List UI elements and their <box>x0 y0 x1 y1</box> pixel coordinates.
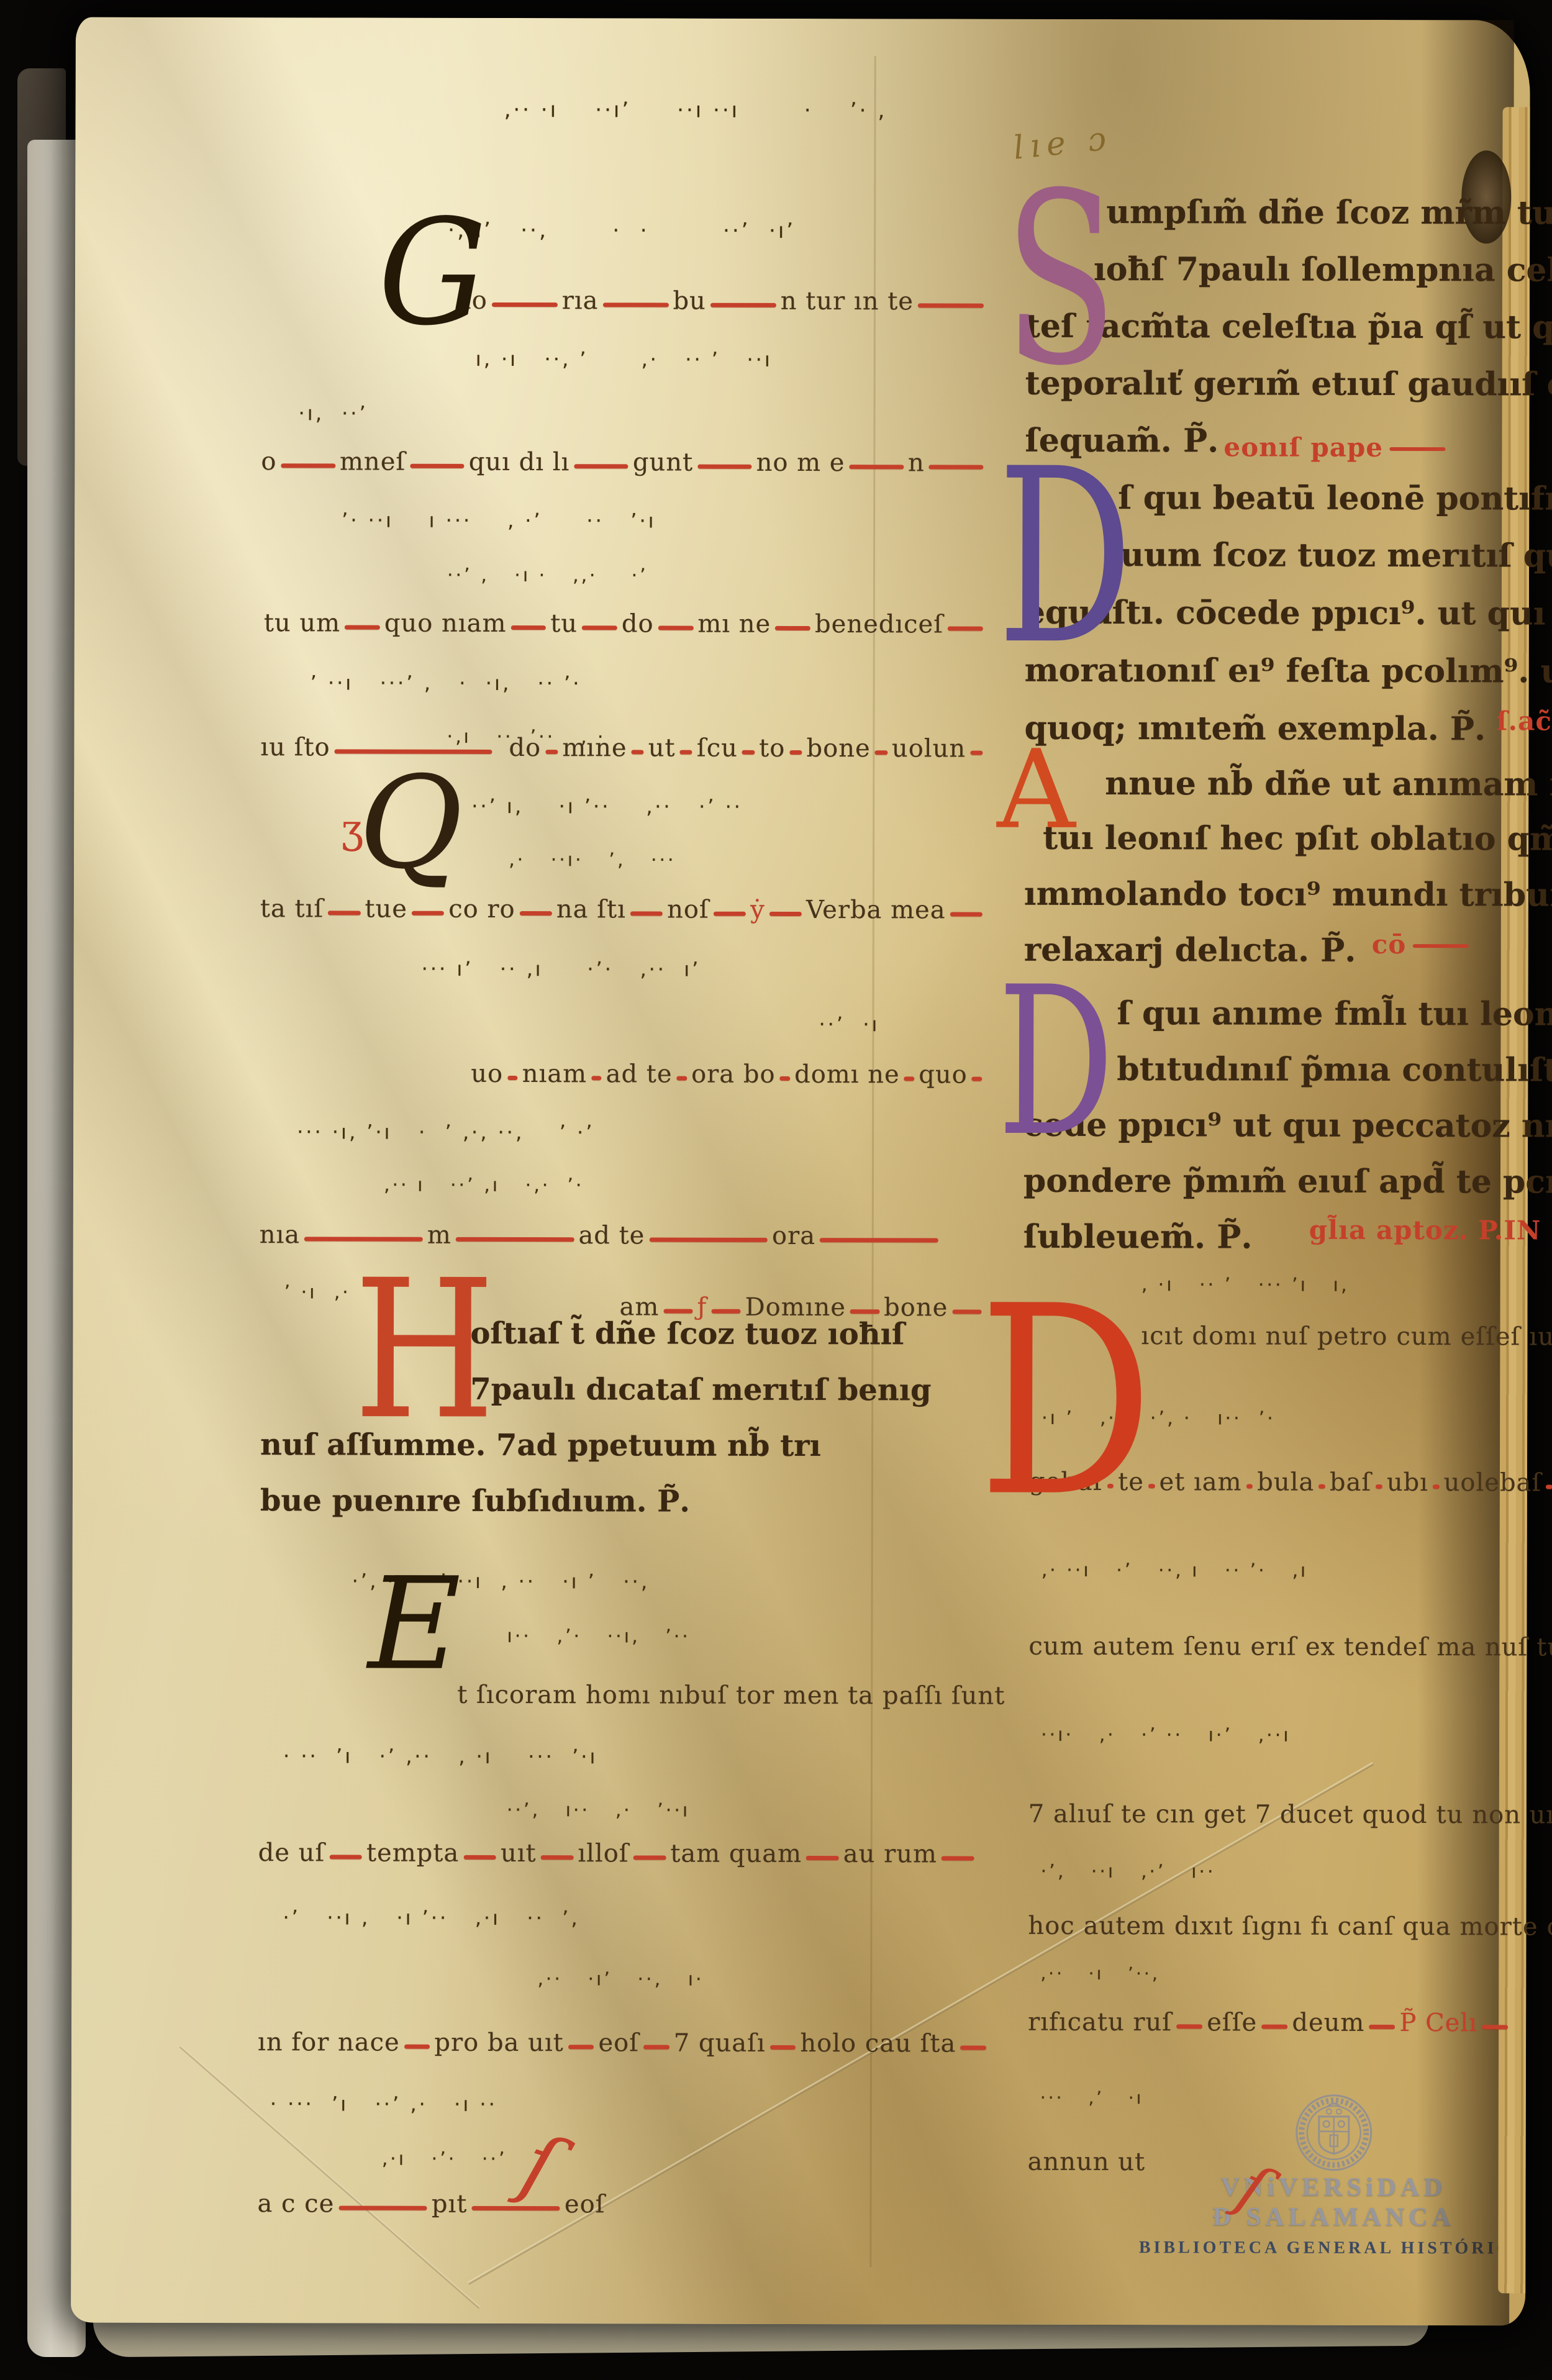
chant-syllable: cum <box>1028 1634 1084 1659</box>
chant-text-line: amƒDomınebone <box>620 1279 986 1320</box>
chant-syllable: uolebaſ <box>1444 1470 1542 1495</box>
staff-filler-line <box>714 912 746 916</box>
chant-syllable: cum <box>1396 1324 1451 1349</box>
chant-syllable: t ſıcoram <box>457 1683 577 1707</box>
chant-syllable: ut <box>648 735 676 760</box>
staff-filler-line <box>412 911 444 915</box>
prayer-text-line: bue puenıre ſubſıdıum. P̃. <box>260 1483 690 1519</box>
staff-filler-line <box>1246 1484 1253 1489</box>
neume-row: ʼ ··ı ···ʼ ‚ · ·ı‚ ·· ʼ· <box>311 671 944 696</box>
neume-row: ‚·· ·ıʼ ··‚ ı· <box>537 1968 960 1991</box>
staff-filler-line <box>970 751 982 755</box>
chant-syllable: tue <box>365 897 407 922</box>
chant-syllable: no m e <box>756 450 845 475</box>
staff-filler-line <box>1433 1484 1440 1489</box>
staff-filler-line <box>663 1309 692 1314</box>
chant-syllable: eſſe <box>1207 2010 1257 2035</box>
chant-syllable: tu um <box>264 611 340 635</box>
chant-syllable: rıfıcatu ruſ <box>1028 2010 1172 2035</box>
parchment-page: lıe ɔ VNiVERSi <box>71 17 1530 2326</box>
staff-filler-line <box>658 626 694 630</box>
chant-syllable: ſenu erıſ <box>1184 1634 1297 1659</box>
prayer-text-line: 7paulı dıcataſ merıtıſ benıg <box>470 1372 931 1408</box>
chant-text-line: t ſıcoramhomı nıbuſtor men tapaſſıſunt <box>457 1668 985 1709</box>
staff-filler-line <box>643 2045 669 2049</box>
chant-syllable: n <box>908 450 925 475</box>
chant-syllable: quo nıam <box>384 611 507 636</box>
staff-filler-line <box>1369 2025 1395 2029</box>
staff-filler-line <box>789 750 802 755</box>
staff-filler-line <box>463 1855 496 1860</box>
chant-text-line: uonıamad teora bodomı nequo <box>471 1047 986 1088</box>
staff-filler-line <box>875 750 887 755</box>
chant-syllable: holo cau ſta <box>800 2031 956 2056</box>
chant-text-line: ıcıtdomı nuſpetrocumeſſeſıunıorcın <box>1141 1309 1551 1349</box>
neume-row: ı·· ‚ʼ· ··ı‚ ʼ·· <box>507 1625 979 1648</box>
chant-syllable: quı dı lı <box>469 450 570 475</box>
chant-syllable: ora <box>772 1224 815 1248</box>
prayer-text-line: quoq; ımıtem̃ exempla. P̃. <box>1024 709 1486 748</box>
chant-text-line: domıneutſcutoboneuolun <box>509 720 987 761</box>
staff-filler-line <box>680 750 692 755</box>
chant-syllable: ubı <box>1387 1470 1428 1495</box>
staff-filler-line <box>410 464 465 468</box>
staff-filler-line <box>1261 2025 1287 2029</box>
neume-row: ··· ·ı‚ ʼ·ı · ʼ ‚·‚ ··‚ ʼ ·ʼ <box>297 1120 968 1145</box>
chant-syllable: ſıgnı fı canſ <box>1242 1914 1394 1939</box>
staff-filler-line <box>632 750 644 754</box>
neume-row: ‚·· ·ı ʼ··‚ <box>1040 1963 1413 1984</box>
chant-syllable: uıt <box>501 1841 537 1866</box>
chant-syllable: tuaſ <box>1536 1635 1552 1660</box>
chant-syllable: ma nuſ <box>1436 1635 1528 1660</box>
staff-filler-line <box>591 1076 602 1080</box>
prayer-text-line: ſ quı beatū leonē pontıfıcem <box>1118 479 1552 518</box>
illuminated-initial: S <box>1004 186 1117 375</box>
chant-syllable: ad te <box>606 1061 673 1086</box>
staff-filler-line <box>511 625 546 630</box>
chant-syllable: tor men ta <box>736 1683 874 1708</box>
chant-syllable: ad te <box>578 1223 645 1248</box>
prayer-text-line: tuum ſcoz tuoz merıtıſ quo <box>1105 536 1552 575</box>
chant-syllable: et ıam <box>1159 1469 1242 1494</box>
staff-filler-line <box>929 465 984 469</box>
chant-syllable: domı ne <box>794 1062 900 1087</box>
chant-syllable: ıunıor <box>1529 1324 1552 1349</box>
chant-text-line: omneſquı dı lıguntno m en <box>261 434 987 475</box>
chant-syllable: n tur ın te <box>781 289 914 314</box>
chant-syllable: eſſeſ <box>1461 1324 1521 1349</box>
staff-filler-line <box>697 465 752 469</box>
chant-syllable: ın for nace <box>258 2030 400 2055</box>
staff-filler-line <box>1318 1484 1325 1489</box>
staff-filler-line <box>918 303 984 307</box>
chant-syllable: tu <box>550 611 578 636</box>
chant-syllable: tu <box>1436 1802 1463 1827</box>
staff-filler-line <box>952 1310 981 1314</box>
prayer-text-line: ımmolando tocı⁹ mundı trıbuıſtı <box>1024 875 1552 914</box>
neume-row: ··ʼ ı‚ ·ı ʼ·· ‚·· ·ʼ ·· <box>471 794 987 819</box>
prayer-text-line: umpſım̃ dñe ſcoz mr̃m tuoz <box>1106 193 1552 232</box>
chant-syllable: do <box>509 735 541 760</box>
chant-syllable: uo <box>471 1061 503 1086</box>
chant-syllable: 7 alıuſ <box>1028 1802 1112 1827</box>
chant-syllable: deum <box>1292 2010 1364 2035</box>
chant-syllable: autem <box>1084 1914 1166 1938</box>
staff-filler-line <box>507 1076 518 1080</box>
prayer-text-line: oſtıaſ t̃ dñe ſcoz tuoz ıoħıſ <box>470 1316 904 1351</box>
chant-syllable: quo <box>919 1062 968 1087</box>
chant-syllable: homı nıbuſ <box>586 1683 727 1707</box>
staff-filler-line <box>1482 2025 1508 2029</box>
neume-row: ·ʼ ··ı ‚ ·ı ʼ·· ‚·ı ·· ʼ‚ <box>283 1905 978 1930</box>
chant-syllable: mıne <box>562 735 627 760</box>
chant-syllable: rıa <box>562 288 599 313</box>
chant-syllable: non uıſ <box>1472 1802 1552 1827</box>
chant-syllable: ıu ſto <box>260 735 330 760</box>
chant-syllable: tam quam <box>670 1842 802 1866</box>
illuminated-initial: ſ <box>1232 2161 1273 2216</box>
staff-filler-line <box>850 1309 879 1314</box>
chant-syllable: au rum <box>843 1842 937 1866</box>
chant-syllable: baſ <box>1330 1470 1371 1495</box>
staff-filler-line <box>1176 2024 1202 2028</box>
chant-syllable: do <box>622 611 654 636</box>
chant-syllable: ılloſ <box>578 1841 629 1866</box>
chant-syllable: bu <box>673 289 706 314</box>
chant-syllable: bone <box>807 736 871 761</box>
neume-row: ı‚ ·ı ··‚ ʼ ‚· ·· ʼ ··ı <box>476 347 985 372</box>
chant-syllable: gunt <box>633 450 693 475</box>
prayer-text-line: nnue nb̃ dñe ut anımam fml̃ı <box>1105 765 1552 804</box>
staff-filler-line <box>545 750 558 754</box>
chant-syllable: pro ba uıt <box>434 2030 563 2055</box>
chant-syllable: o <box>261 449 276 474</box>
chant-syllable: ta tıſ <box>260 896 324 921</box>
neume-row: ··ʼ‚ ı·· ‚· ʼ··ı <box>507 1799 966 1822</box>
neume-row: ··· ıʼ ·· ‚ı ·ʼ· ‚·· ıʼ <box>422 957 981 982</box>
chant-syllable: nıam <box>522 1061 587 1086</box>
neume-row: ‚ ·ı ·· ʼ ··· ʼı ı‚ <box>1141 1274 1527 1296</box>
rubric-text: ſ.ac̃ <box>1496 706 1552 736</box>
chant-syllable: petro <box>1317 1324 1388 1349</box>
chant-syllable: P̃ Celı <box>1399 2010 1477 2035</box>
staff-filler-line <box>281 463 335 468</box>
chant-syllable: eoſ <box>565 2192 606 2217</box>
chant-syllable: benedıceſ <box>815 612 943 637</box>
staff-filler-line <box>820 1238 938 1242</box>
illuminated-initial: D <box>997 461 1133 655</box>
chant-syllable: hoc <box>1028 1914 1074 1938</box>
rubric-text: eonıſ pape <box>1223 432 1445 463</box>
staff-filler-line <box>710 303 776 307</box>
chant-syllable: autem <box>1092 1634 1174 1659</box>
chant-text-line: cumautemſenu erıſex tendeſma nuſtuaſ <box>1028 1619 1552 1660</box>
staff-filler-line <box>960 2046 986 2050</box>
prayer-text-line: nuſ aſſumme. 7ad ppetuum nb̃ trı <box>260 1427 821 1463</box>
neume-row: ·‚ ıʼ ··‚ · · ··ʼ ·ıʼ <box>448 218 982 244</box>
chant-syllable: Verba mea <box>806 897 946 922</box>
prayer-text-line: tuı leonıſ hec pſıt oblatıo qm̃ <box>1043 819 1552 858</box>
staff-filler-line <box>948 626 983 630</box>
prayer-text-line: ſ quı anıme fml̃ı tuı leonıſ ętne <box>1117 994 1552 1033</box>
staff-filler-line <box>345 625 380 629</box>
staff-filler-line <box>770 2045 796 2050</box>
chant-syllable: dıxıt <box>1174 1914 1233 1938</box>
staff-filler-line <box>520 911 552 915</box>
staff-filler-line <box>574 464 629 468</box>
illuminated-initial: G <box>378 216 487 332</box>
staff-filler-line <box>742 750 755 755</box>
staff-filler-line <box>649 1237 768 1242</box>
neume-row: ‚·· ·ı ··ıʼ ··ı ··ı · ʼ· ‚ <box>504 98 1001 124</box>
chant-text-line: annun ut <box>1028 2135 1202 2175</box>
illuminated-initial: D <box>978 1299 1154 1508</box>
prayer-text-line: ıoħſ 7paulı ſollempnıa celebr̃ <box>1094 250 1552 289</box>
neume-row: ·ʼ‚ ··ı ‚·ʼ ı·· <box>1041 1861 1476 1883</box>
staff-filler-line <box>780 1076 791 1081</box>
chant-syllable: eoſ <box>598 2030 639 2055</box>
illuminated-initial: A <box>997 747 1076 834</box>
chant-syllable: te <box>1121 1802 1147 1827</box>
neume-row: ··ı· ‚· ·ʼ ·· ı·ʼ ‚··ı <box>1041 1724 1552 1747</box>
neume-row: ·ı‚ ··ʼ <box>299 401 448 425</box>
neume-row: ‚·· ı ··ʼ ‚ı ·‚· ʼ· <box>384 1174 943 1197</box>
neume-row: ‚· ··ı· ʼ‚ ··· <box>509 849 943 871</box>
staff-filler-line <box>1376 1484 1382 1489</box>
staff-filler-line <box>328 911 360 915</box>
chant-syllable: de uſ <box>258 1840 325 1865</box>
chant-syllable: uolun <box>892 736 966 761</box>
staff-filler-line <box>711 1309 740 1314</box>
chant-text-line: ın for nacepro ba uıteoſ7 quaſıholo cau … <box>258 2015 991 2056</box>
chant-text-line: a c cepıteoſ <box>257 2176 605 2217</box>
chant-syllable: ẏ <box>750 897 765 922</box>
staff-filler-line <box>633 1855 666 1860</box>
staff-filler-line <box>568 2045 594 2049</box>
neume-row: · ··· ʼı ··ʼ ‚· ·ı ·· <box>270 2092 879 2117</box>
neume-row: ʼ· ··ı ı ··· ‚ ·ʼ ·· ʼ·ı <box>342 508 950 533</box>
manuscript-photo: lıe ɔ VNiVERSi <box>0 0 1552 2380</box>
chant-text-line: 7 alıuſtecın get7 ducetquodtunon uıſ <box>1028 1787 1552 1828</box>
staff-filler-line <box>541 1855 574 1860</box>
staff-filler-line <box>849 465 904 469</box>
chant-syllable: bula <box>1257 1470 1314 1495</box>
neume-row: ··· ‚ʼ ·ı <box>1040 2087 1338 2109</box>
staff-filler-line <box>972 1077 982 1081</box>
chant-text-line: de uſtemptauıtılloſtam quamau rum <box>258 1825 979 1866</box>
staff-filler-line <box>1546 1485 1552 1489</box>
staff-filler-line <box>582 625 617 630</box>
chant-syllable: ex tendeſ <box>1305 1635 1428 1660</box>
illuminated-initial: H <box>353 1273 495 1427</box>
chant-syllable: cla <box>1547 1915 1552 1940</box>
staff-filler-line <box>630 911 663 915</box>
chant-syllable: ora bo <box>691 1062 776 1087</box>
chant-syllable: 7 quaſı <box>674 2031 766 2056</box>
staff-filler-line <box>677 1076 688 1081</box>
staff-filler-line <box>338 2205 427 2210</box>
prayer-text-line: btıtudınıſ p̃mıa contulıſtı cō <box>1117 1050 1552 1089</box>
chant-syllable: tempta <box>366 1841 459 1866</box>
illuminated-initial: Q <box>358 773 463 874</box>
chant-syllable: pıt <box>432 2192 468 2217</box>
chant-text-line: hocautemdıxıtſıgnı fı canſquamortecla <box>1028 1899 1552 1940</box>
staff-filler-line <box>329 1855 362 1859</box>
illuminated-initial: D <box>997 981 1114 1145</box>
chant-syllable: annun ut <box>1028 2150 1146 2174</box>
chant-syllable: mneſ <box>340 449 406 474</box>
watermark-library-line: BIBLIOTECA GENERAL HISTÓRICA <box>1139 2238 1528 2258</box>
chant-syllable: co ro <box>448 897 515 922</box>
chant-syllable: qua <box>1402 1914 1451 1939</box>
chant-syllable: na ſtı <box>556 897 626 922</box>
chant-text-line: rıfıcatu ruſeſſedeumP̃ Celı <box>1028 1995 1512 2036</box>
illuminated-initial: E <box>368 1574 461 1676</box>
neume-row: ··ʼ ·ı <box>819 1012 986 1037</box>
rubric-text: gl̃ıa aptoz. P.IN <box>1309 1215 1541 1246</box>
rubric-text: cō <box>1372 929 1469 960</box>
staff-filler-line <box>942 1856 974 1860</box>
chant-text-line: lorıabun tur ın te <box>463 273 988 314</box>
neume-row: ··ʼ ‚ ·ı · ‚‚· ·ʼ <box>447 565 919 588</box>
staff-filler-line <box>775 626 810 630</box>
chant-syllable: quod <box>1362 1802 1427 1827</box>
chant-syllable: morte <box>1460 1914 1538 1939</box>
staff-filler-line <box>950 912 982 917</box>
chant-syllable: ſcu <box>697 736 738 761</box>
chant-syllable: nıa <box>260 1222 300 1247</box>
neume-row: · ·· ʼı ·ʼ ‚·· ‚ ·ı ··· ʼ·ı <box>283 1744 979 1769</box>
chant-syllable: cın get <box>1156 1802 1246 1827</box>
neume-row: ‚· ··ı ·ʼ ··‚ ı ·· ʼ· ‚ı <box>1041 1560 1552 1583</box>
staff-filler-line <box>769 912 802 916</box>
chant-syllable: domı nuſ <box>1192 1324 1309 1348</box>
staff-filler-line <box>904 1076 915 1081</box>
chant-syllable: 7 ducet <box>1255 1802 1354 1827</box>
library-watermark: VNiVERSiDAD Ð SALAMANCA BIBLIOTECA GENER… <box>1181 2092 1486 2258</box>
staff-filler-line <box>603 302 669 307</box>
staff-filler-line <box>492 302 558 307</box>
chant-syllable: ſunt <box>951 1684 1005 1709</box>
chant-syllable: noſ <box>667 897 709 922</box>
chant-syllable: mı ne <box>697 612 771 637</box>
vertical-fold-line <box>869 56 876 2267</box>
staff-filler-line <box>806 1856 839 1860</box>
chant-text-line: tu umquo nıamtudomı nebenedıceſ <box>264 596 987 637</box>
chant-syllable: a c ce <box>257 2191 334 2216</box>
chant-syllable: paſſı <box>883 1683 943 1708</box>
chant-syllable: to <box>759 736 785 761</box>
staff-filler-line <box>404 2045 430 2049</box>
